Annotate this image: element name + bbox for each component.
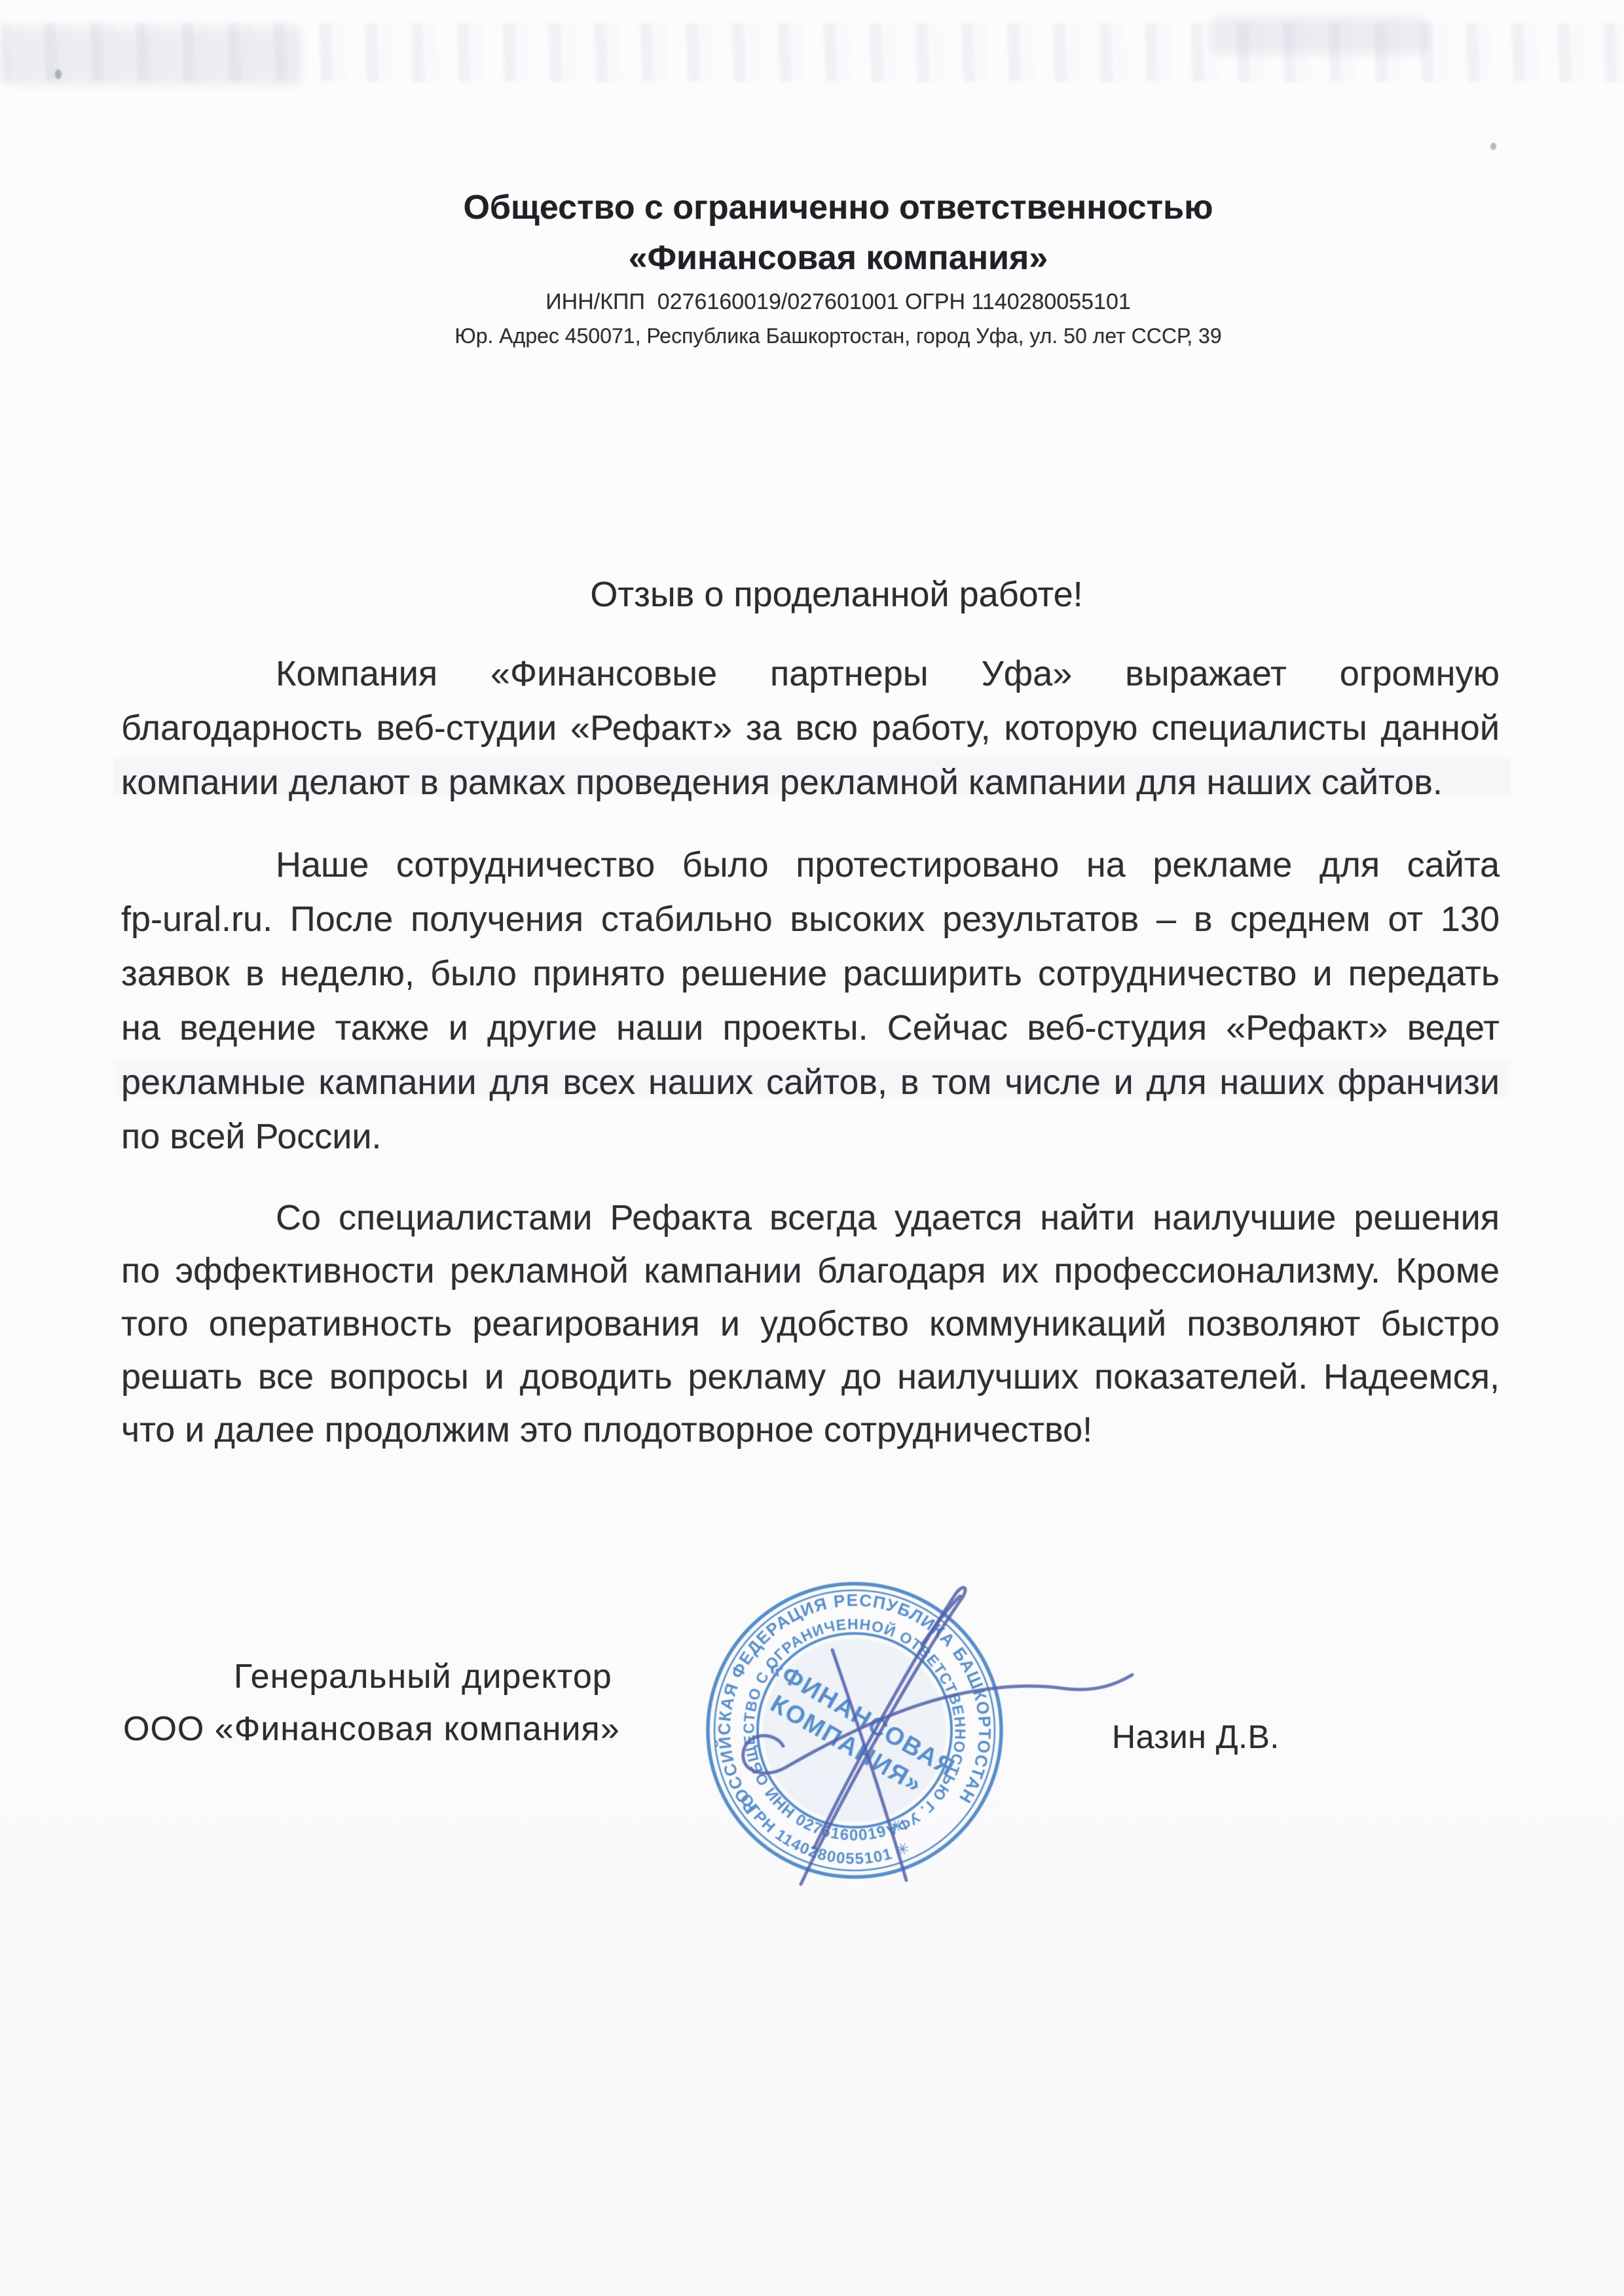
handwritten-signature xyxy=(0,0,1624,2296)
signature-stroke xyxy=(832,1650,906,1880)
signature-stroke xyxy=(922,1596,960,1645)
signature-stroke xyxy=(743,1675,1132,1773)
scanned-letter-page: Общество с ограниченно ответственностью … xyxy=(0,0,1624,2296)
signature-stroke xyxy=(801,1588,965,1884)
